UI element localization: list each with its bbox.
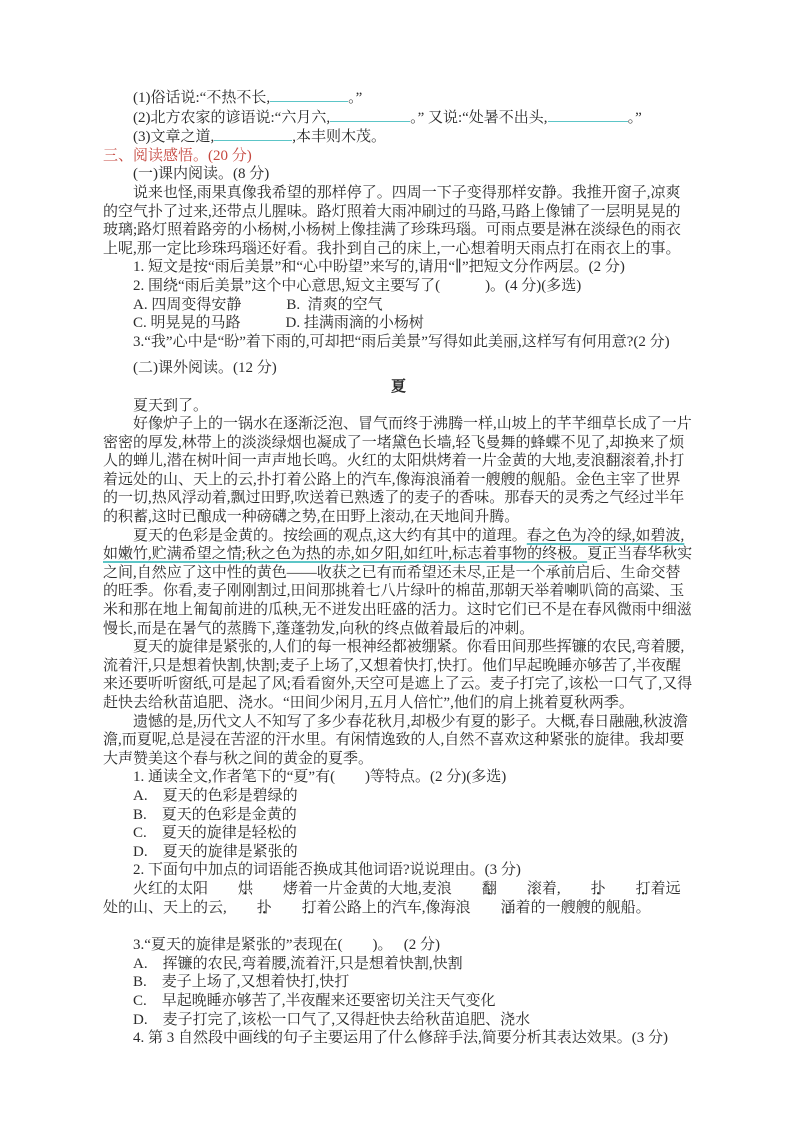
fill-in-blank-line	[214, 127, 292, 141]
text-segment: 火红的太阳	[133, 881, 208, 897]
text-segment: C. 明晃晃的马路 D. 挂满雨滴的小杨树	[133, 315, 424, 331]
essay-paragraph-5: 遗憾的是,历代文人不知写了多少春花秋月,却极少有夏的影子。大概,春日融融,秋波澹…	[103, 713, 694, 769]
text-segment: A. 夏天的色彩是碧绿的	[133, 788, 298, 804]
text-segment: 遗憾的是,历代文人不知写了多少春花秋月,却极少有夏的影子。大概,春日融融,秋波澹…	[103, 714, 688, 767]
text-segment: 。” 又说:“处暑不出头,	[410, 110, 547, 126]
dotted-emphasis-word: 烘烤	[208, 881, 298, 897]
option-a2: A. 挥镰的农民,弯着腰,流着汗,只是想着快割,快割	[103, 955, 694, 974]
text-segment: (一)课内阅读。(8 分)	[133, 166, 269, 182]
text-segment: 3.“我”心中是“盼”着下雨的,可却把“雨后美景”写得如此美丽,这样写有何用意?…	[133, 334, 670, 350]
text-segment: 着,	[542, 881, 561, 897]
text-segment: C. 夏天的旋律是轻松的	[133, 825, 297, 841]
question-2-outer: 2. 下面句中加点的词语能否换成其他词语?说说理由。(3 分)	[103, 861, 694, 880]
text-segment: (1)俗话说:“不热不长,	[133, 90, 270, 106]
essay-paragraph-2: 好像炉子上的一锅水在逐渐泛泡、冒气而终于沸腾一样,山坡上的芊芊细草长成了一片密密…	[103, 415, 694, 527]
text-segment: 说来也怪,雨果真像我希望的那样停了。四周一下子变得那样安静。我推开窗子,凉爽的空…	[103, 185, 681, 257]
essay-paragraph-1: 夏天到了。	[103, 397, 694, 416]
dotted-emphasis-word: 扑打	[561, 881, 651, 897]
text-segment: (2)北方农家的谚语说:“六月六,	[133, 110, 330, 126]
option-c: C. 夏天的旋律是轻松的	[103, 824, 694, 843]
section-heading: 三、阅读感悟。(20 分)	[103, 147, 694, 166]
text-segment: B. 麦子上场了,又想着快打,快打	[133, 974, 349, 990]
question-2-inner: 2. 围绕“雨后美景”这个中心意思,短文主要写了( )。(4 分)(多选)	[103, 277, 694, 296]
subsection-heading-innertext: (一)课内阅读。(8 分)	[103, 165, 694, 184]
text-segment: 着一片金黄的大地,麦浪	[298, 881, 452, 897]
text-segment: (二)课外阅读。(12 分)	[133, 360, 277, 376]
text-segment: 着的一艘艘的舰船。	[516, 900, 651, 916]
text-segment: 夏天的旋律是紧张的,人们的每一根神经都被绷紧。你看田间那些挥镰的农民,弯着腰,流…	[103, 639, 692, 711]
options-row-ab: A. 四周变得安静 B. 清爽的空气	[103, 296, 694, 315]
text-segment: 。”	[348, 90, 362, 106]
question-4-outer: 4. 第 3 自然段中画线的句子主要运用了什么修辞手法,简要分析其表达效果。(3…	[103, 1029, 694, 1048]
text-segment: 1. 短文是按“雨后美景”和“心中盼望”来写的,请用“∥”把短文分作两层。(2 …	[133, 259, 625, 275]
options-row-cd: C. 明晃晃的马路 D. 挂满雨滴的小杨树	[103, 314, 694, 333]
text-segment: 。”	[628, 110, 642, 126]
text-segment: 夏天到了。	[133, 398, 208, 414]
text-segment: A. 四周变得安静 B. 清爽的空气	[133, 297, 383, 313]
text-segment: 三、阅读感悟。(20 分)	[103, 148, 252, 164]
quoted-dotted-sentence: 火红的太阳烘烤着一片金黄的大地,麦浪翻滚着,扑打着远处的山、天上的云,扑打着公路…	[103, 880, 694, 917]
dotted-emphasis-word: 翻滚	[452, 881, 542, 897]
text-segment: 夏	[391, 379, 406, 395]
document-page: (1)俗话说:“不热不长,。”(2)北方农家的谚语说:“六月六,。” 又说:“处…	[0, 0, 793, 1122]
fill-blank-item-1: (1)俗话说:“不热不长,。”	[103, 88, 694, 108]
text-segment: D. 麦子打完了,该松一口气了,又得赶快去给秋苗追肥、浇水	[133, 1012, 530, 1028]
text-segment: 2. 围绕“雨后美景”这个中心意思,短文主要写了( )。(4 分)(多选)	[133, 278, 581, 294]
text-segment: 3.“夏天的旋律是紧张的”表现在( )。 (2 分)	[133, 937, 440, 953]
text-segment: C. 早起晚睡亦够苦了,半夜醒来还要密切关注天气变化	[133, 993, 496, 1009]
text-segment: D. 夏天的旋律是紧张的	[133, 844, 298, 860]
option-b: B. 夏天的色彩是金黄的	[103, 806, 694, 825]
text-segment: (3)文章之道,	[133, 129, 214, 145]
option-b2: B. 麦子上场了,又想着快打,快打	[103, 973, 694, 992]
option-d2: D. 麦子打完了,该松一口气了,又得赶快去给秋苗追肥、浇水	[103, 1011, 694, 1030]
question-3-inner: 3.“我”心中是“盼”着下雨的,可却把“雨后美景”写得如此美丽,这样写有何用意?…	[103, 333, 694, 352]
fill-in-blank-line	[330, 108, 410, 122]
question-1-outer: 1. 通读全文,作者笔下的“夏”有( )等特点。(2 分)(多选)	[103, 768, 694, 787]
essay-paragraph-3: 夏天的色彩是金黄的。按绘画的观点,这大约有其中的道理。春之色为冷的绿,如碧波,如…	[103, 527, 694, 639]
text-segment: A. 挥镰的农民,弯着腰,流着汗,只是想着快割,快割	[133, 956, 463, 972]
essay-title: 夏	[103, 378, 694, 397]
option-d: D. 夏天的旋律是紧张的	[103, 843, 694, 862]
text-segment: 着公路上的汽车,像海浪	[317, 900, 471, 916]
text-segment: 4. 第 3 自然段中画线的句子主要运用了什么修辞手法,简要分析其表达效果。(3…	[133, 1030, 668, 1046]
option-a: A. 夏天的色彩是碧绿的	[103, 787, 694, 806]
text-segment: 1. 通读全文,作者笔下的“夏”有( )等特点。(2 分)(多选)	[133, 769, 506, 785]
fill-in-blank-line	[548, 108, 628, 122]
passage-paragraph: 说来也怪,雨果真像我希望的那样停了。四周一下子变得那样安静。我推开窗子,凉爽的空…	[103, 184, 694, 258]
fill-blank-item-2: (2)北方农家的谚语说:“六月六,。” 又说:“处暑不出头,。”	[103, 108, 694, 128]
dotted-emphasis-word: 扑打	[227, 900, 317, 916]
text-segment: 2. 下面句中加点的词语能否换成其他词语?说说理由。(3 分)	[133, 862, 521, 878]
text-segment: 好像炉子上的一锅水在逐渐泛泡、冒气而终于沸腾一样,山坡上的芊芊细草长成了一片密密…	[103, 416, 692, 525]
dotted-emphasis-word: 涌	[471, 900, 516, 916]
text-segment: 夏天的色彩是金黄的。按绘画的观点,这大约有其中的道理。	[133, 528, 527, 544]
fill-in-blank-line	[270, 88, 348, 102]
text-segment: B. 夏天的色彩是金黄的	[133, 807, 297, 823]
option-c2: C. 早起晚睡亦够苦了,半夜醒来还要密切关注天气变化	[103, 992, 694, 1011]
fill-blank-item-3: (3)文章之道,,本丰则木茂。	[103, 127, 694, 147]
text-segment: ,本丰则木茂。	[292, 129, 386, 145]
question-1-inner: 1. 短文是按“雨后美景”和“心中盼望”来写的,请用“∥”把短文分作两层。(2 …	[103, 258, 694, 277]
essay-paragraph-4: 夏天的旋律是紧张的,人们的每一根神经都被绷紧。你看田间那些挥镰的农民,弯着腰,流…	[103, 638, 694, 712]
question-3-outer: 3.“夏天的旋律是紧张的”表现在( )。 (2 分)	[103, 936, 694, 955]
subsection-heading-outertext: (二)课外阅读。(12 分)	[103, 359, 694, 378]
